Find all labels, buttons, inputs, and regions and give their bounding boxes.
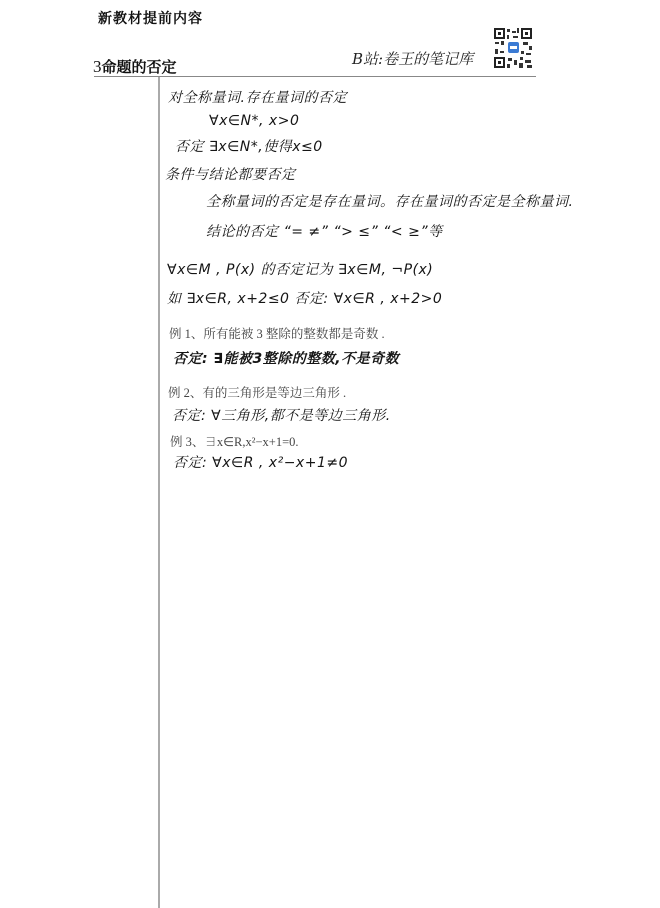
- note-heading-condition-conclusion: 条件与结论都要否定: [165, 164, 296, 184]
- note-example-forall: ∀x∈N*, x>0: [209, 113, 299, 129]
- margin-line: [158, 77, 160, 908]
- chapter-number: 3: [93, 57, 102, 76]
- example-1-answer: 否定: ∃能被3整除的整数,不是奇数: [173, 348, 399, 368]
- note-example-exists: 如 ∃x∈R, x+2≤0 否定: ∀x∈R , x+2>0: [167, 288, 442, 308]
- chapter-title-text: 命题的否定: [102, 58, 177, 76]
- header-divider: [94, 76, 536, 77]
- brand-watermark: B站:卷王的笔记库: [352, 48, 473, 69]
- note-rule-conclusions: 结论的否定 “= ≠” “> ≤” “< ≥”等: [206, 221, 443, 241]
- example-3-answer: 否定: ∀x∈R , x²−x+1≠0: [173, 452, 348, 472]
- qr-code-icon: [493, 27, 533, 69]
- note-rule-quantifiers: 全称量词的否定是存在量词。存在量词的否定是全称量词.: [206, 191, 573, 211]
- note-example-negation: 否定 ∃x∈N*,使得x≤0: [175, 136, 323, 156]
- example-2-answer: 否定: ∀三角形,都不是等边三角形.: [172, 405, 391, 425]
- series-title: 新教材提前内容: [98, 8, 203, 28]
- note-general-form: ∀x∈M , P(x) 的否定记为 ∃x∈M, ¬P(x): [167, 259, 433, 279]
- example-1-prompt: 例 1、所有能被 3 整除的整数都是奇数 .: [169, 324, 385, 342]
- example-2-prompt: 例 2、有的三角形是等边三角形 .: [168, 383, 346, 401]
- example-3-prompt: 例 3、∃x∈R,x²−x+1=0.: [170, 432, 299, 450]
- chapter-title: 3命题的否定: [93, 56, 177, 77]
- note-heading-quantifier-negation: 对全称量词.存在量词的否定: [168, 87, 347, 107]
